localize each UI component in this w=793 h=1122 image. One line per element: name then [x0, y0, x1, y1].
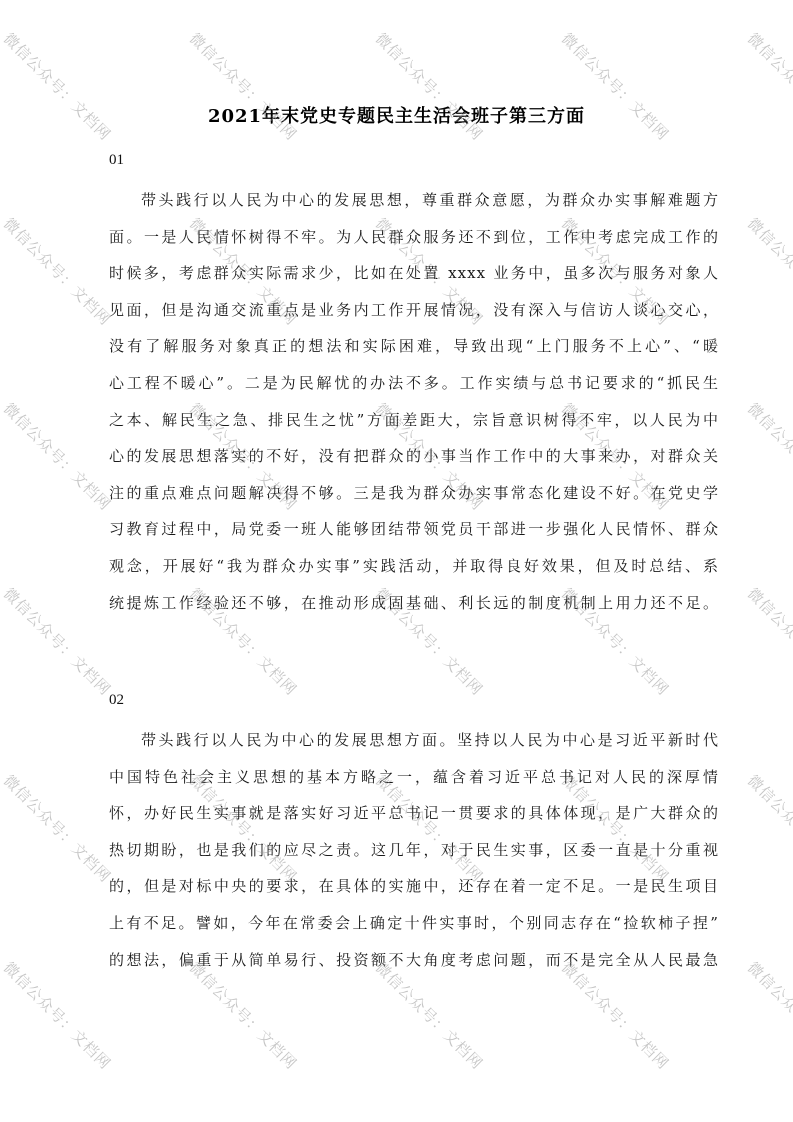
paragraph-line: 见面，但是沟通交流重点是业务内工作开展情况，没有深入与信访人谈心交心， [77, 292, 719, 329]
paragraph-line: 观念，开展好“我为群众办实事”实践活动，并取得良好效果，但及时总结、系 [77, 548, 719, 585]
document-title: 2021年末党史专题民主生活会班子第三方面 [0, 104, 793, 130]
paragraph-line: 中国特色社会主义思想的基本方略之一，蕴含着习近平总书记对人民的深厚情 [77, 759, 719, 796]
paragraph-line: 习教育过程中，局党委一班人能够团结带领党员干部进一步强化人民情怀、群众 [77, 511, 719, 548]
paragraph-line: 的想法，偏重于从简单易行、投资额不大角度考虑问题，而不是完全从人民最急 [77, 942, 719, 979]
paragraph-line: 的，但是对标中央的要求，在具体的实施中，还存在着一定不足。一是民生项目 [77, 868, 719, 905]
section-paragraph: 带头践行以人民为中心的发展思想，尊重群众意愿，为群众办实事解难题方 面。一是人民… [77, 182, 719, 621]
paragraph-line: 统提炼工作经验还不够，在推动形成固基础、利长远的制度机制上用力还不足。 [77, 585, 719, 622]
paragraph-line: 心的发展思想落实的不好，没有把群众的小事当作工作中的大事来办，对群众关 [77, 438, 719, 475]
paragraph-line: 没有了解服务对象真正的想法和实际困难，导致出现“上门服务不上心”、“暖 [77, 328, 719, 365]
paragraph-line: 心工程不暖心”。二是为民解忧的办法不多。工作实绩与总书记要求的“抓民生 [77, 365, 719, 402]
paragraph-line: 时候多，考虑群众实际需求少，比如在处置 xxxx 业务中，虽多次与服务对象人 [77, 255, 719, 292]
paragraph-line: 之本、解民生之急、排民生之忧”方面差距大，宗旨意识树得不牢，以人民为中 [77, 402, 719, 439]
section-paragraph: 带头践行以人民为中心的发展思想方面。坚持以人民为中心是习近平新时代 中国特色社会… [77, 722, 719, 978]
paragraph-line: 注的重点难点问题解决得不够。三是我为群众办实事常态化建设不好。在党史学 [77, 475, 719, 512]
paragraph-line: 热切期盼，也是我们的应尽之责。这几年，对于民生实事，区委一直是十分重视 [77, 832, 719, 869]
document-page: 2021年末党史专题民主生活会班子第三方面 01 带头践行以人民为中心的发展思想… [0, 0, 793, 1122]
paragraph-line: 带头践行以人民为中心的发展思想，尊重群众意愿，为群众办实事解难题方 [77, 182, 719, 219]
section-number: 02 [109, 690, 124, 710]
section-number: 01 [109, 150, 124, 170]
paragraph-line: 怀，办好民生实事就是落实好习近平总书记一贯要求的具体体现，是广大群众的 [77, 795, 719, 832]
paragraph-line: 上有不足。譬如，今年在常委会上确定十件实事时，个别同志存在“捡软柿子捏” [77, 905, 719, 942]
paragraph-line: 面。一是人民情怀树得不牢。为人民群众服务还不到位，工作中考虑完成工作的 [77, 219, 719, 256]
paragraph-line: 带头践行以人民为中心的发展思想方面。坚持以人民为中心是习近平新时代 [77, 722, 719, 759]
